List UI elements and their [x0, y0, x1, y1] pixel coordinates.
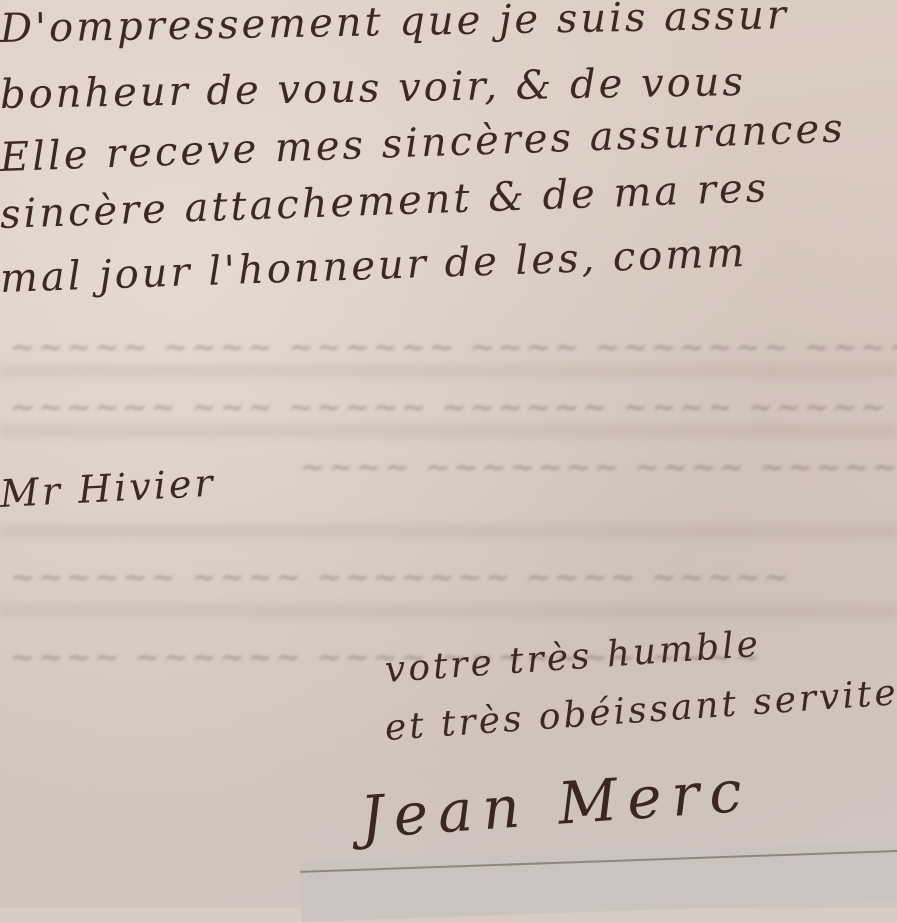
bleed-through	[0, 520, 897, 542]
bleed-through	[0, 600, 897, 622]
faint-line: ~~~~~~ ~~~~ ~~~~~~~ ~~~~ ~~~~~	[10, 560, 792, 595]
faint-line: ~~~~~ ~~~~ ~~~~~~ ~~~~ ~~~~~~~ ~~~~	[10, 330, 897, 365]
faint-line: ~~~~ ~~~~~~~ ~~~~ ~~~~~~ ~~~~~~	[300, 450, 897, 485]
faint-line: ~~~~~~ ~~~ ~~~~~ ~~~~~~ ~~~~ ~~~~~	[10, 390, 889, 425]
